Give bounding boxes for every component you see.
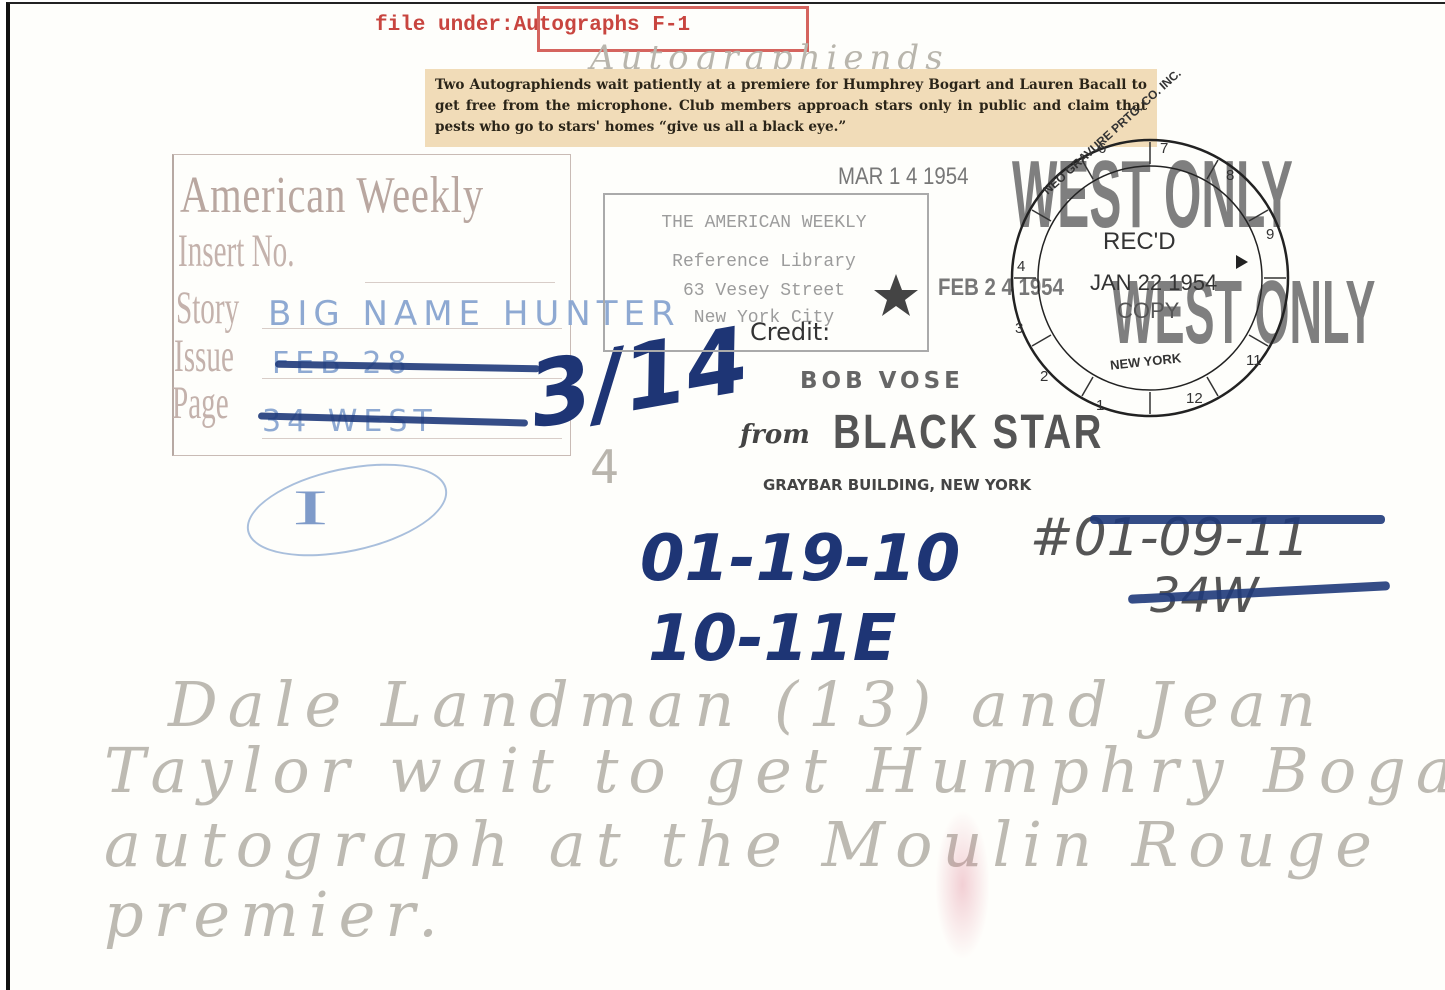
credit-label: Credit: bbox=[750, 318, 830, 346]
circled-mark-letter: I bbox=[292, 478, 329, 536]
caption-line-1: Dale Landman (13) and Jean bbox=[168, 668, 1326, 741]
file-under-prefix: file under: bbox=[375, 14, 514, 37]
caption-line-4: premier. bbox=[104, 878, 448, 951]
stamp-hour-9: 9 bbox=[1266, 226, 1274, 243]
stamp-hour-11: 11 bbox=[1246, 352, 1262, 369]
stamp-status: REC'D bbox=[1103, 228, 1176, 256]
american-weekly-title: American Weekly bbox=[180, 166, 484, 225]
crayon-code-1: 01-19-10 bbox=[640, 522, 960, 596]
stamp-hour-4: 4 bbox=[1017, 258, 1025, 275]
stamp-hour-3: 3 bbox=[1015, 320, 1023, 337]
red-smudge bbox=[935, 810, 990, 960]
story-label: Story bbox=[176, 281, 239, 335]
date-stamp-mar: MAR 1 4 1954 bbox=[838, 163, 968, 191]
agency-address: GRAYBAR BUILDING, NEW YORK bbox=[763, 476, 1031, 494]
insert-no-line bbox=[365, 282, 555, 283]
stamp-pointer-icon bbox=[1236, 255, 1248, 269]
struck-code-1-line bbox=[1090, 515, 1385, 524]
photographer-name: BOB VOSE bbox=[800, 368, 964, 394]
caption-line-2: Taylor wait to get Humphry Bogart's bbox=[104, 734, 1445, 807]
issue-label: Issue bbox=[174, 329, 234, 383]
stamp-hour-8: 8 bbox=[1226, 167, 1234, 184]
stamp-hour-1: 1 bbox=[1096, 397, 1104, 414]
star-icon bbox=[872, 272, 920, 320]
page-label: Page bbox=[172, 376, 229, 430]
stamp-hour-2: 2 bbox=[1040, 368, 1048, 385]
stamp-copy: COPY bbox=[1117, 298, 1179, 324]
credit-from: from bbox=[740, 420, 810, 450]
insert-no-label: Insert No. bbox=[178, 224, 295, 278]
library-line-1: THE AMERICAN WEEKLY bbox=[603, 213, 925, 233]
stamp-hour-12: 12 bbox=[1186, 390, 1203, 407]
caption-line-3: autograph at the Moulin Rouge bbox=[104, 808, 1382, 881]
pencil-number: 4 bbox=[590, 440, 619, 494]
stamp-hour-6: 6 bbox=[1098, 140, 1106, 157]
clipping-text: Two Autographiends wait patiently at a p… bbox=[435, 77, 1147, 135]
stamp-date: JAN 22 1954 bbox=[1090, 270, 1217, 296]
stamp-hour-7: 7 bbox=[1160, 140, 1168, 157]
crayon-code-2: 10-11E bbox=[648, 602, 896, 676]
library-line-2: Reference Library bbox=[603, 252, 925, 272]
